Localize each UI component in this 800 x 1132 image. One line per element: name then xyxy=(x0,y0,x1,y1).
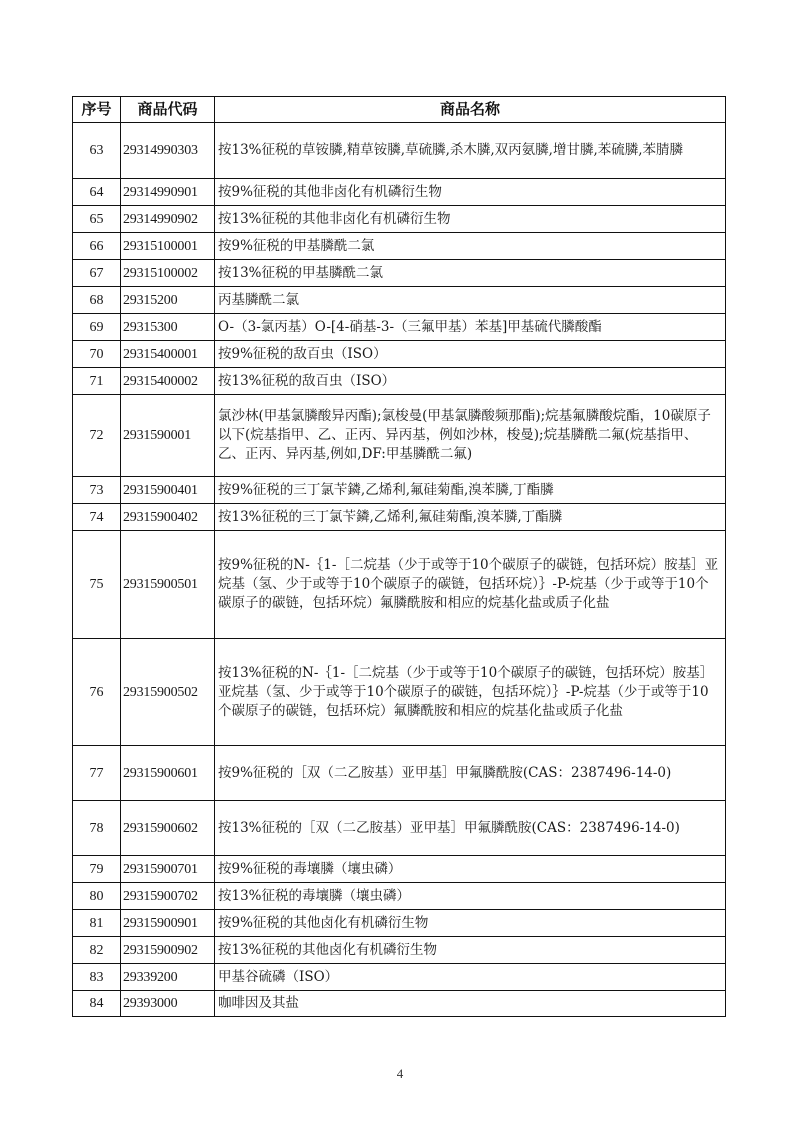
product-code-cell: 29315900502 xyxy=(121,639,215,746)
serial-number-cell: 72 xyxy=(73,395,121,477)
product-name-cell: 按13%征税的［双（二乙胺基）亚甲基］甲氟膦酰胺(CAS：2387496-14-… xyxy=(215,801,726,856)
table-row: 7329315900401按9%征税的三丁氯苄鏻,乙烯利,氟硅菊酯,溴苯膦,丁酯… xyxy=(73,477,726,504)
serial-number-cell: 80 xyxy=(73,883,121,910)
product-name-cell: 按9%征税的甲基膦酰二氯 xyxy=(215,233,726,260)
product-code-cell: 29315900402 xyxy=(121,504,215,531)
product-code-cell: 29314990303 xyxy=(121,123,215,179)
table-row: 6729315100002按13%征税的甲基膦酰二氯 xyxy=(73,260,726,287)
table-row: 8029315900702按13%征税的毒壤膦（壤虫磷） xyxy=(73,883,726,910)
table-row: 6629315100001按9%征税的甲基膦酰二氯 xyxy=(73,233,726,260)
product-name-cell: 按9%征税的［双（二乙胺基）亚甲基］甲氟膦酰胺(CAS：2387496-14-0… xyxy=(215,746,726,801)
product-name-cell: 按9%征税的敌百虫（ISO） xyxy=(215,341,726,368)
product-code-cell: 29315400002 xyxy=(121,368,215,395)
table-body: 6329314990303按13%征税的草铵膦,精草铵膦,草硫膦,杀木膦,双丙氨… xyxy=(73,123,726,1017)
table-row: 7929315900701按9%征税的毒壤膦（壤虫磷） xyxy=(73,856,726,883)
product-name-cell: 按9%征税的毒壤膦（壤虫磷） xyxy=(215,856,726,883)
product-name-cell: 按13%征税的N-｛1-［二烷基（少于或等于10个碳原子的碳链，包括环烷）胺基］… xyxy=(215,639,726,746)
serial-number-cell: 82 xyxy=(73,937,121,964)
product-name-cell: 按9%征税的三丁氯苄鏻,乙烯利,氟硅菊酯,溴苯膦,丁酯膦 xyxy=(215,477,726,504)
table-row: 8329339200甲基谷硫磷（ISO） xyxy=(73,964,726,991)
product-code-cell: 29339200 xyxy=(121,964,215,991)
product-name-cell: 按13%征税的其他非卤化有机磷衍生物 xyxy=(215,206,726,233)
header-product-code: 商品代码 xyxy=(121,97,215,123)
serial-number-cell: 76 xyxy=(73,639,121,746)
serial-number-cell: 78 xyxy=(73,801,121,856)
serial-number-cell: 77 xyxy=(73,746,121,801)
serial-number-cell: 64 xyxy=(73,179,121,206)
serial-number-cell: 65 xyxy=(73,206,121,233)
table-row: 6929315300O-（3-氯丙基）O-[4-硝基-3-（三氟甲基）苯基]甲基… xyxy=(73,314,726,341)
table-row: 7529315900501按9%征税的N-｛1-［二烷基（少于或等于10个碳原子… xyxy=(73,531,726,639)
product-name-cell: 按13%征税的毒壤膦（壤虫磷） xyxy=(215,883,726,910)
table-row: 7129315400002按13%征税的敌百虫（ISO） xyxy=(73,368,726,395)
table-row: 8229315900902按13%征税的其他卤化有机磷衍生物 xyxy=(73,937,726,964)
header-serial-number: 序号 xyxy=(73,97,121,123)
serial-number-cell: 66 xyxy=(73,233,121,260)
product-code-cell: 29315300 xyxy=(121,314,215,341)
product-code-cell: 29315900901 xyxy=(121,910,215,937)
product-code-cell: 29315200 xyxy=(121,287,215,314)
table-row: 7829315900602按13%征税的［双（二乙胺基）亚甲基］甲氟膦酰胺(CA… xyxy=(73,801,726,856)
product-code-cell: 29315100001 xyxy=(121,233,215,260)
product-code-cell: 29315400001 xyxy=(121,341,215,368)
serial-number-cell: 73 xyxy=(73,477,121,504)
product-code-cell: 29315900902 xyxy=(121,937,215,964)
product-name-cell: 按13%征税的敌百虫（ISO） xyxy=(215,368,726,395)
product-code-cell: 29315900701 xyxy=(121,856,215,883)
product-name-cell: 按13%征税的三丁氯苄鏻,乙烯利,氟硅菊酯,溴苯膦,丁酯膦 xyxy=(215,504,726,531)
serial-number-cell: 84 xyxy=(73,991,121,1017)
product-name-cell: 咖啡因及其盐 xyxy=(215,991,726,1017)
product-name-cell: 按9%征税的其他卤化有机磷衍生物 xyxy=(215,910,726,937)
table-row: 6529314990902按13%征税的其他非卤化有机磷衍生物 xyxy=(73,206,726,233)
table-row: 7629315900502按13%征税的N-｛1-［二烷基（少于或等于10个碳原… xyxy=(73,639,726,746)
table-row: 722931590001氯沙林(甲基氯膦酸异丙酯);氯梭曼(甲基氯膦酸频那酯);… xyxy=(73,395,726,477)
serial-number-cell: 79 xyxy=(73,856,121,883)
serial-number-cell: 68 xyxy=(73,287,121,314)
product-code-cell: 29315100002 xyxy=(121,260,215,287)
serial-number-cell: 83 xyxy=(73,964,121,991)
product-name-cell: 按9%征税的其他非卤化有机磷衍生物 xyxy=(215,179,726,206)
product-name-cell: 按13%征税的其他卤化有机磷衍生物 xyxy=(215,937,726,964)
product-code-cell: 29314990902 xyxy=(121,206,215,233)
serial-number-cell: 81 xyxy=(73,910,121,937)
table-row: 6429314990901按9%征税的其他非卤化有机磷衍生物 xyxy=(73,179,726,206)
serial-number-cell: 63 xyxy=(73,123,121,179)
goods-table: 序号 商品代码 商品名称 6329314990303按13%征税的草铵膦,精草铵… xyxy=(72,96,726,1017)
product-code-cell: 2931590001 xyxy=(121,395,215,477)
product-name-cell: 丙基膦酰二氯 xyxy=(215,287,726,314)
product-code-cell: 29393000 xyxy=(121,991,215,1017)
serial-number-cell: 71 xyxy=(73,368,121,395)
product-code-cell: 29315900601 xyxy=(121,746,215,801)
product-name-cell: 甲基谷硫磷（ISO） xyxy=(215,964,726,991)
product-code-cell: 29314990901 xyxy=(121,179,215,206)
product-code-cell: 29315900702 xyxy=(121,883,215,910)
serial-number-cell: 69 xyxy=(73,314,121,341)
product-name-cell: O-（3-氯丙基）O-[4-硝基-3-（三氟甲基）苯基]甲基硫代膦酸酯 xyxy=(215,314,726,341)
serial-number-cell: 75 xyxy=(73,531,121,639)
table-header-row: 序号 商品代码 商品名称 xyxy=(73,97,726,123)
page-number: 4 xyxy=(0,1066,800,1082)
product-code-cell: 29315900602 xyxy=(121,801,215,856)
product-code-cell: 29315900401 xyxy=(121,477,215,504)
serial-number-cell: 74 xyxy=(73,504,121,531)
table-row: 7729315900601按9%征税的［双（二乙胺基）亚甲基］甲氟膦酰胺(CAS… xyxy=(73,746,726,801)
product-name-cell: 氯沙林(甲基氯膦酸异丙酯);氯梭曼(甲基氯膦酸频那酯);烷基氟膦酸烷酯，10碳原… xyxy=(215,395,726,477)
document-page: 序号 商品代码 商品名称 6329314990303按13%征税的草铵膦,精草铵… xyxy=(0,0,800,1132)
table-row: 8429393000咖啡因及其盐 xyxy=(73,991,726,1017)
table-row: 7029315400001按9%征税的敌百虫（ISO） xyxy=(73,341,726,368)
serial-number-cell: 70 xyxy=(73,341,121,368)
table-row: 8129315900901按9%征税的其他卤化有机磷衍生物 xyxy=(73,910,726,937)
product-name-cell: 按9%征税的N-｛1-［二烷基（少于或等于10个碳原子的碳链，包括环烷）胺基］亚… xyxy=(215,531,726,639)
product-code-cell: 29315900501 xyxy=(121,531,215,639)
product-name-cell: 按13%征税的甲基膦酰二氯 xyxy=(215,260,726,287)
serial-number-cell: 67 xyxy=(73,260,121,287)
table-row: 6329314990303按13%征税的草铵膦,精草铵膦,草硫膦,杀木膦,双丙氨… xyxy=(73,123,726,179)
table-row: 7429315900402按13%征税的三丁氯苄鏻,乙烯利,氟硅菊酯,溴苯膦,丁… xyxy=(73,504,726,531)
header-product-name: 商品名称 xyxy=(215,97,726,123)
product-name-cell: 按13%征税的草铵膦,精草铵膦,草硫膦,杀木膦,双丙氨膦,增甘膦,苯硫膦,苯腈膦 xyxy=(215,123,726,179)
table-row: 6829315200丙基膦酰二氯 xyxy=(73,287,726,314)
